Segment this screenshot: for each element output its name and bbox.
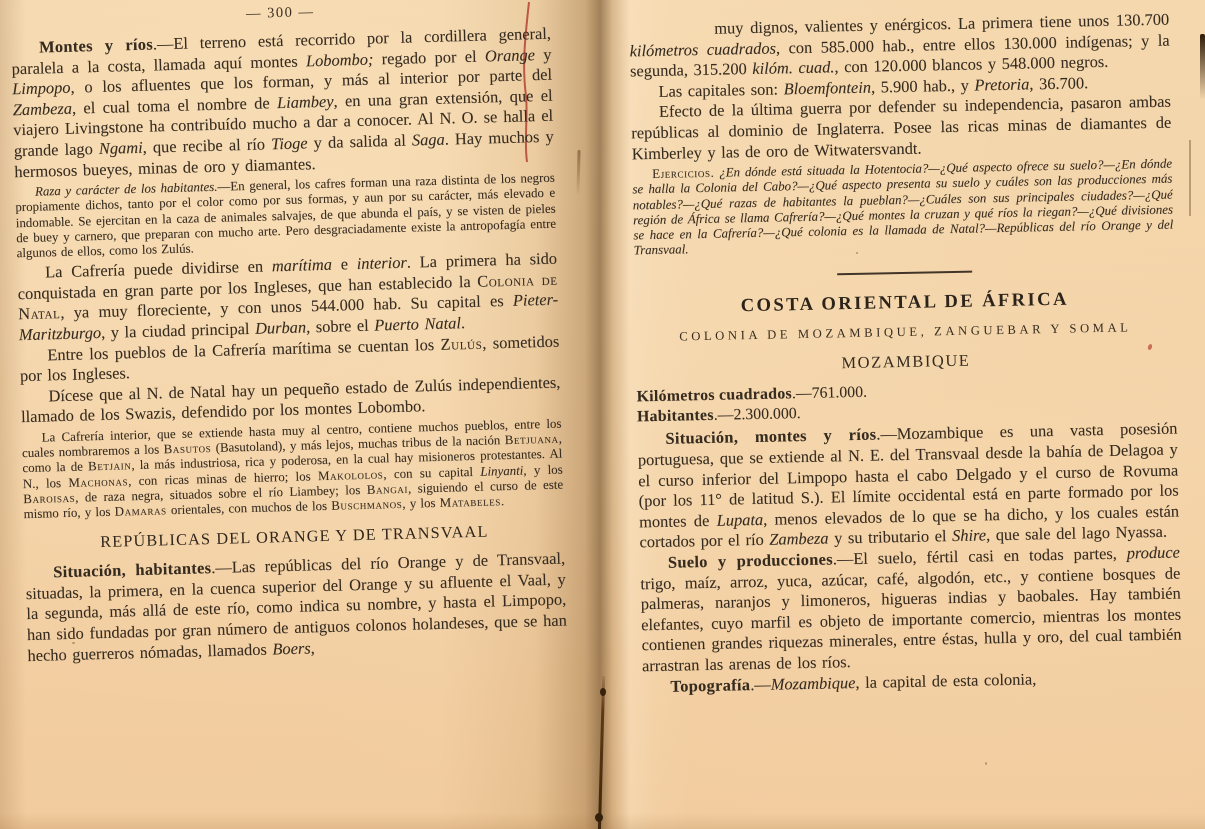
situacion-habitantes-paragraph: Situación, habitantes.—Las repúblicas de… bbox=[25, 549, 568, 667]
cafreria-division-paragraph: La Cafrería puede dividirse en marítima … bbox=[17, 249, 559, 346]
ejercicios-note: Ejercicios. ¿En dónde está situada la Ho… bbox=[632, 157, 1174, 259]
boers-continuation-paragraph: muy dignos, valientes y enérgicos. La pr… bbox=[629, 10, 1170, 83]
book-spread-scan: — 300 — Montes y ríos.—El terreno está r… bbox=[0, 0, 1205, 829]
cafreria-interior-note: La Cafrería interior, que se extiende ha… bbox=[21, 416, 563, 522]
left-page-text: Montes y ríos.—El terreno está recorrido… bbox=[11, 24, 568, 666]
situacion-montes-rios-paragraph: Situación, montes y ríos.—Mozambique es … bbox=[637, 419, 1179, 553]
binding-stitch-dot bbox=[600, 688, 606, 696]
heading-costa-oriental: COSTA ORIENTAL DE ÁFRICA bbox=[635, 287, 1175, 320]
heading-republicas-orange-transvaal: REPÚBLICAS DEL ORANGE Y DE TRANSVAAL bbox=[24, 521, 564, 555]
raza-caracter-note: Raza y carácter de los habitantes.—En ge… bbox=[15, 171, 557, 262]
subheading-colonia-mozambique: COLONIA DE MOZAMBIQUE, ZANGUEBAR Y SOMAL bbox=[635, 320, 1175, 346]
section-divider bbox=[634, 256, 1174, 285]
right-page-text: muy dignos, valientes y enérgicos. La pr… bbox=[629, 10, 1182, 698]
suelo-producciones-paragraph: Suelo y producciones.—El suelo, fértil c… bbox=[640, 542, 1182, 676]
left-page: — 300 — Montes y ríos.—El terreno está r… bbox=[10, 0, 567, 666]
right-edge-crease bbox=[1189, 140, 1191, 216]
binding-stitch-dot bbox=[595, 813, 603, 822]
scan-speck bbox=[985, 762, 987, 765]
right-edge-dark-streak bbox=[1200, 34, 1205, 100]
right-page: muy dignos, valientes y enérgicos. La pr… bbox=[629, 10, 1182, 698]
montes-y-rios-paragraph: Montes y ríos.—El terreno está recorrido… bbox=[11, 24, 555, 183]
heading-mozambique: MOZAMBIQUE bbox=[636, 347, 1176, 378]
guerra-inglaterra-paragraph: Efecto de la última guerra por defender … bbox=[631, 92, 1172, 165]
